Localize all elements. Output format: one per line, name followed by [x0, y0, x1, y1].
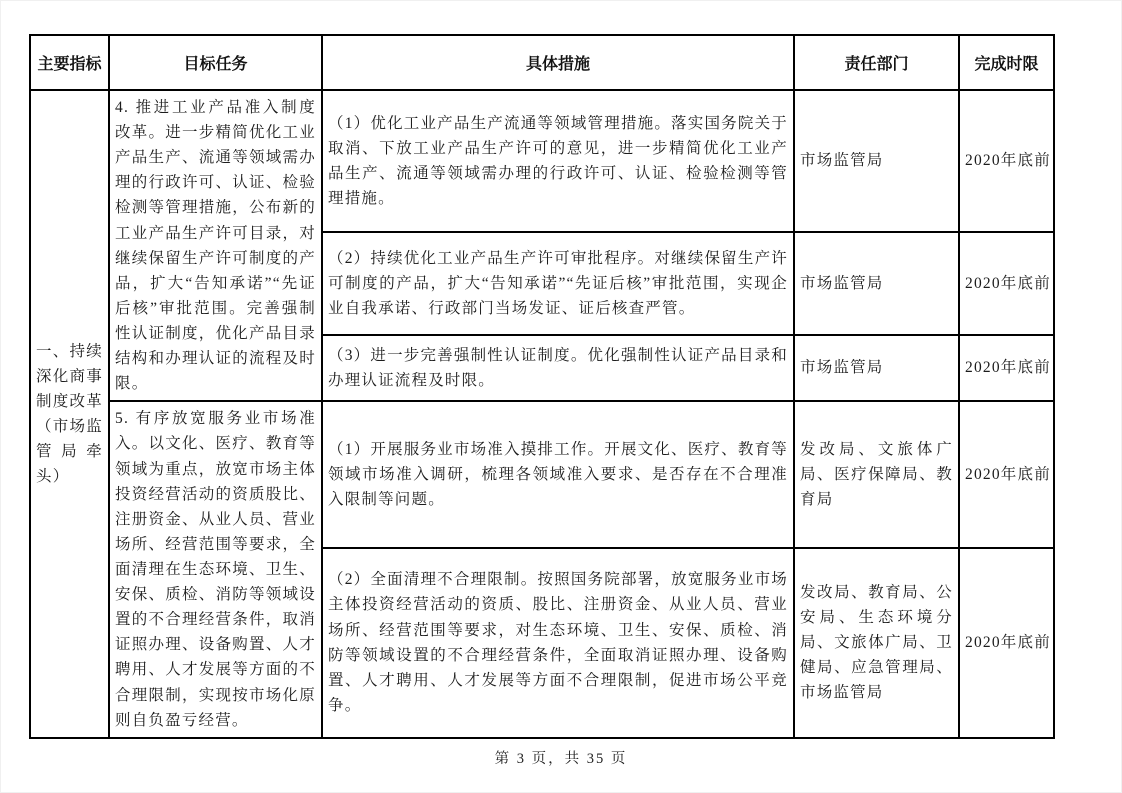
table-row: 5. 有序放宽服务业市场准入。以文化、医疗、教育等领域为重点，放宽市场主体投资经…	[30, 401, 1054, 547]
measure-5-2-cell: （2）全面清理不合理限制。按照国务院部署，放宽服务业市场主体投资经营活动的资质、…	[322, 548, 794, 738]
header-specific-measures: 具体措施	[322, 35, 794, 90]
measure-4-1-cell: （1）优化工业产品生产流通等领域管理措施。落实国务院关于取消、下放工业产品生产许…	[322, 90, 794, 232]
deadline-5-2-cell: 2020年底前	[959, 548, 1054, 738]
main-indicator-cell: 一、持续深化商事制度改革（市场监管局牵头）	[30, 90, 109, 738]
task-5-cell: 5. 有序放宽服务业市场准入。以文化、医疗、教育等领域为重点，放宽市场主体投资经…	[109, 401, 322, 737]
measure-4-2-cell: （2）持续优化工业产品生产许可审批程序。对继续保留生产许可制度的产品，扩大“告知…	[322, 232, 794, 335]
deadline-5-1-cell: 2020年底前	[959, 401, 1054, 547]
deadline-4-2-cell: 2020年底前	[959, 232, 1054, 335]
department-4-3-cell: 市场监管局	[794, 335, 959, 402]
document-page: 主要指标 目标任务 具体措施 责任部门 完成时限 一、持续深化商事制度改革（市场…	[0, 0, 1122, 793]
deadline-4-3-cell: 2020年底前	[959, 335, 1054, 402]
department-5-1-cell: 发改局、文旅体广局、医疗保障局、教育局	[794, 401, 959, 547]
header-target-task: 目标任务	[109, 35, 322, 90]
department-5-2-cell: 发改局、教育局、公安局、生态环境分局、文旅体广局、卫健局、应急管理局、市场监管局	[794, 548, 959, 738]
measure-5-1-cell: （1）开展服务业市场准入摸排工作。开展文化、医疗、教育等领域市场准入调研，梳理各…	[322, 401, 794, 547]
measure-4-3-cell: （3）进一步完善强制性认证制度。优化强制性认证产品目录和办理认证流程及时限。	[322, 335, 794, 402]
deadline-4-1-cell: 2020年底前	[959, 90, 1054, 232]
header-responsible-department: 责任部门	[794, 35, 959, 90]
department-4-2-cell: 市场监管局	[794, 232, 959, 335]
reform-tasks-table: 主要指标 目标任务 具体措施 责任部门 完成时限 一、持续深化商事制度改革（市场…	[29, 34, 1055, 739]
header-completion-deadline: 完成时限	[959, 35, 1054, 90]
table-row: 一、持续深化商事制度改革（市场监管局牵头） 4. 推进工业产品准入制度改革。进一…	[30, 90, 1054, 232]
header-main-indicator: 主要指标	[30, 35, 109, 90]
task-4-cell: 4. 推进工业产品准入制度改革。进一步精简优化工业产品生产、流通等领域需办理的行…	[109, 90, 322, 401]
department-4-1-cell: 市场监管局	[794, 90, 959, 232]
page-number-indicator: 第 3 页，共 35 页	[1, 747, 1121, 768]
table-header-row: 主要指标 目标任务 具体措施 责任部门 完成时限	[30, 35, 1054, 90]
